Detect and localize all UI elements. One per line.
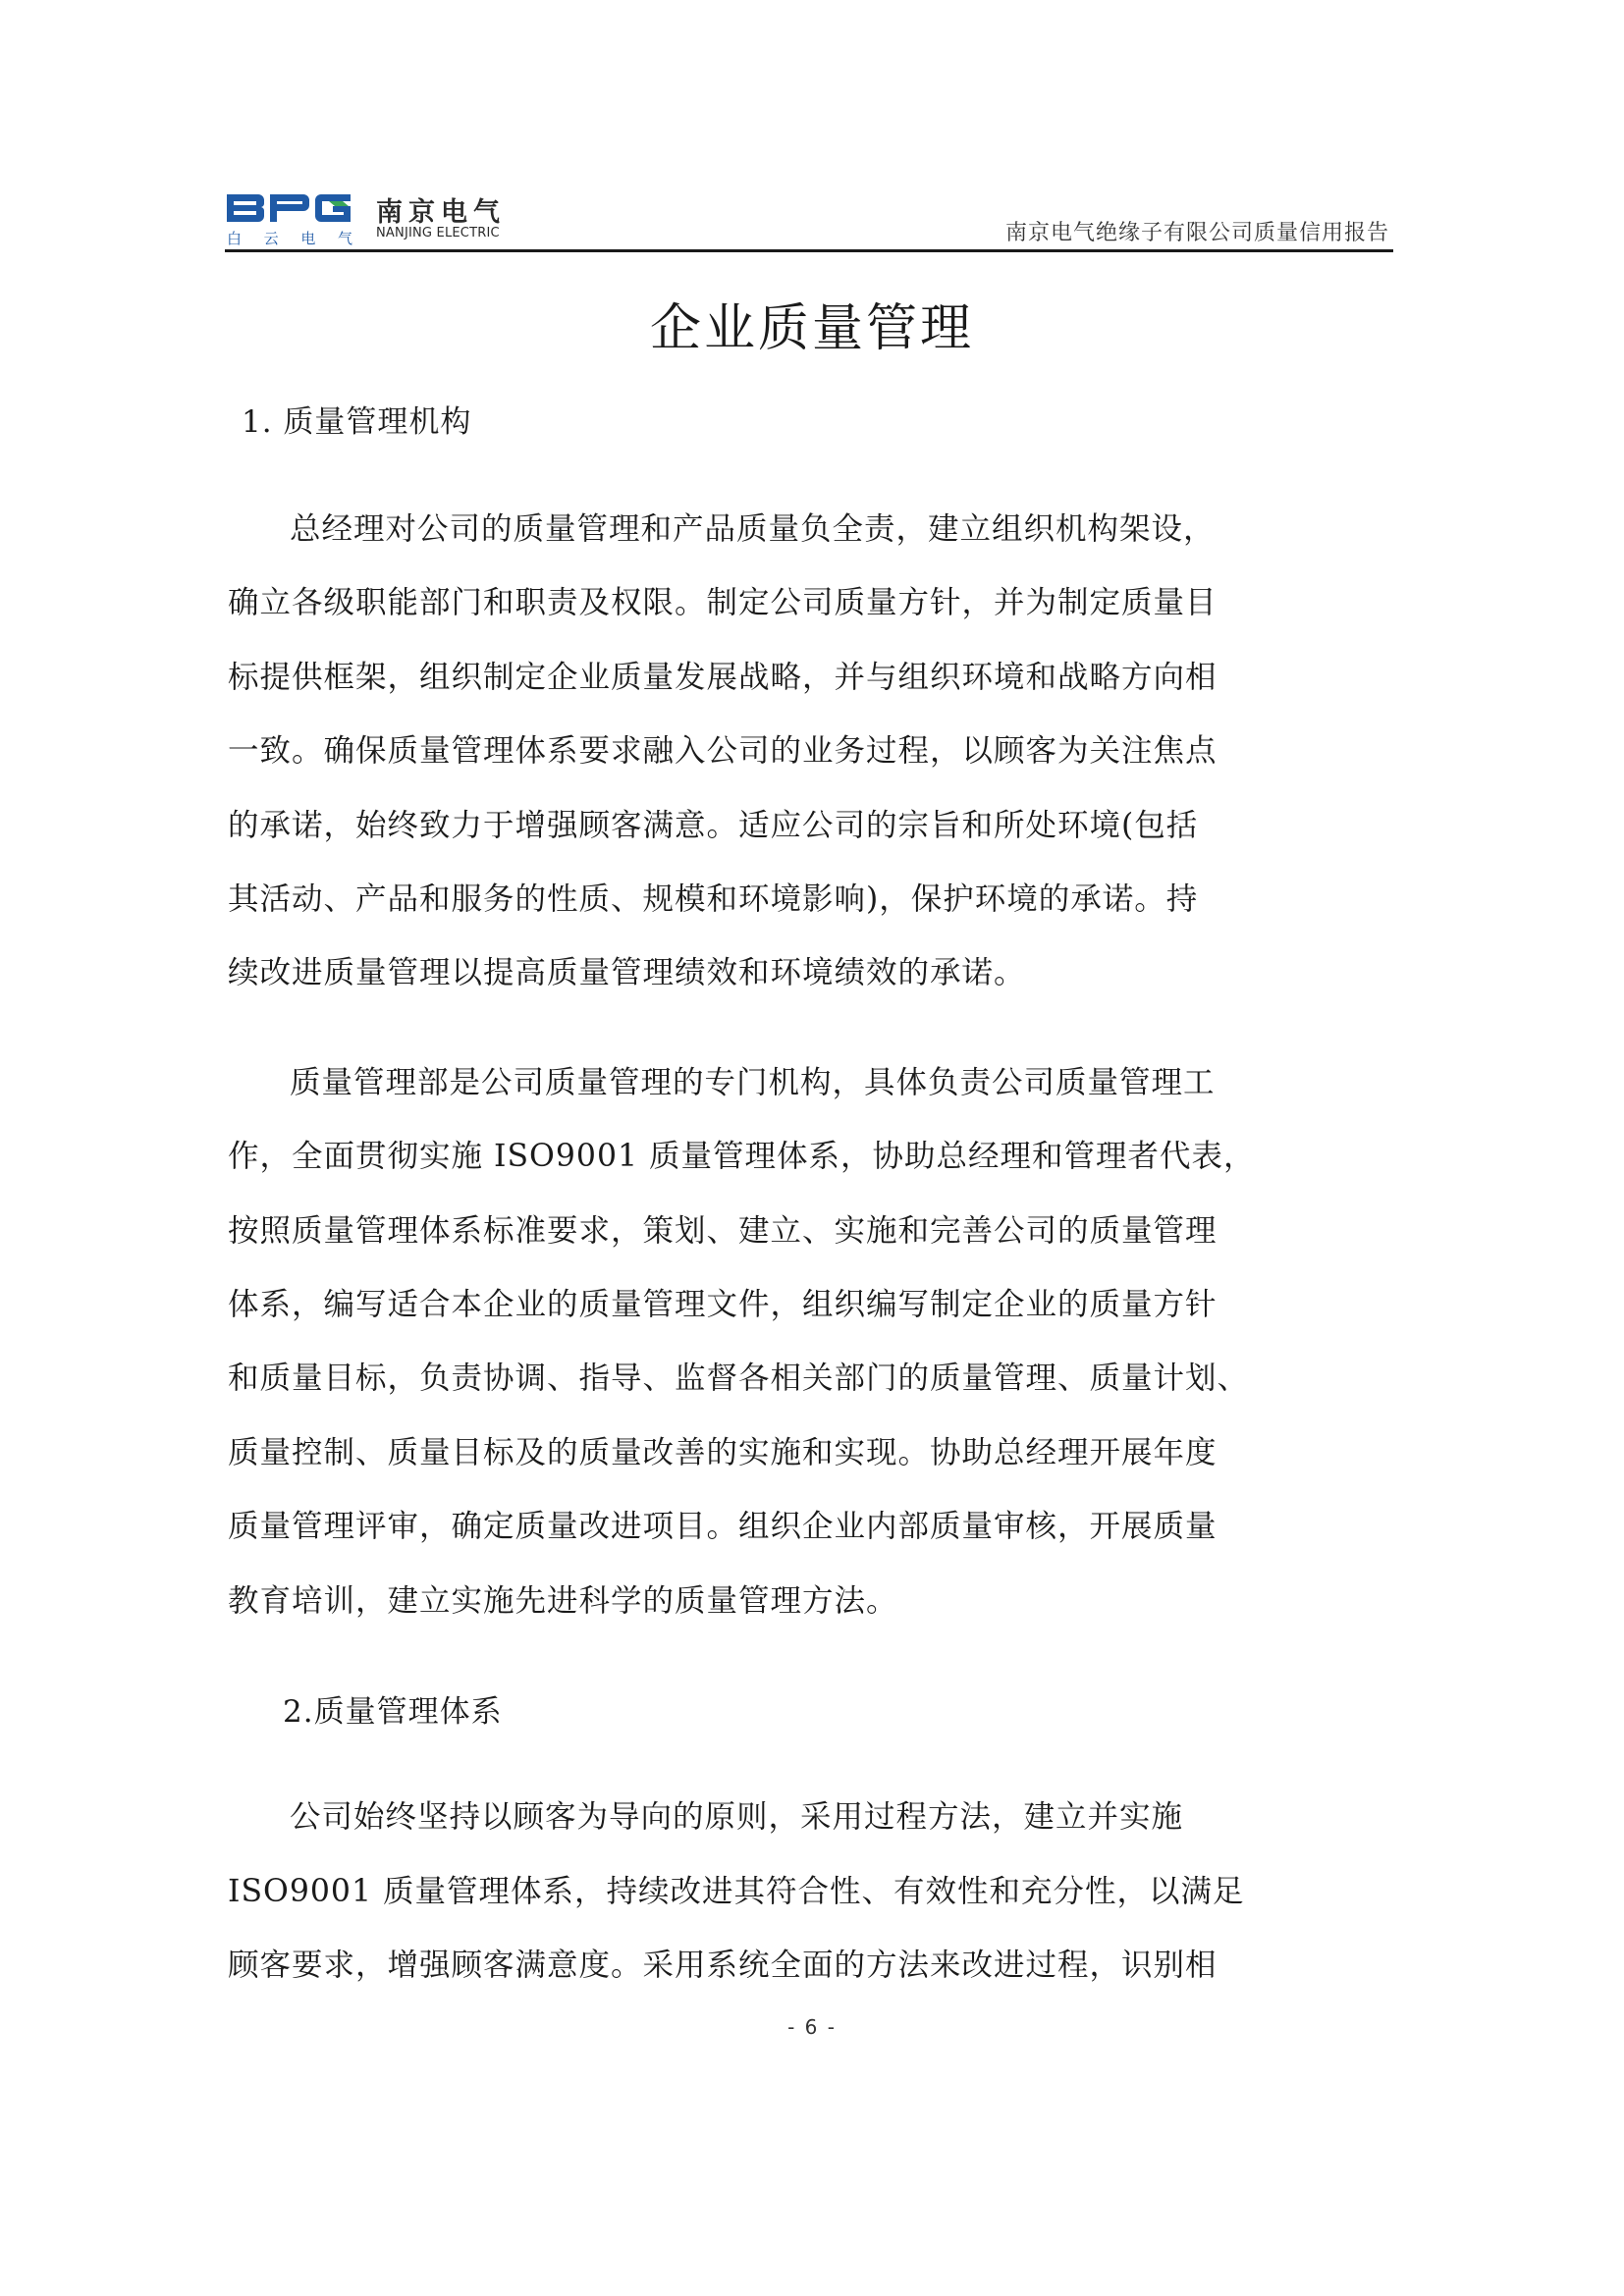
report-title: 南京电气绝缘子有限公司质量信用报告: [1005, 216, 1389, 246]
page-header: 白 云 电 气 南京电气 NANJING ELECTRIC 南京电气绝缘子有限公…: [225, 187, 1393, 253]
text-line: 一致。确保质量管理体系要求融入公司的业务过程，以顾客为关注焦点: [228, 715, 1396, 788]
document-page: 白 云 电 气 南京电气 NANJING ELECTRIC 南京电气绝缘子有限公…: [0, 0, 1624, 2296]
page-number: - 6 -: [0, 2015, 1624, 2039]
bpg-logo-mark-icon: [225, 192, 352, 224]
paragraph-spacer: [228, 1011, 1396, 1046]
section-heading: 2.质量管理体系: [228, 1687, 1396, 1736]
document-body: 1. 质量管理机构 总经理对公司的质量管理和产品质量负全责，建立组织机构架设， …: [228, 398, 1396, 2002]
text-line: 和质量目标，负责协调、指导、监督各相关部门的质量管理、质量计划、: [228, 1342, 1396, 1415]
bpg-logo: 白 云 电 气: [225, 192, 352, 241]
paragraph: 质量管理部是公司质量管理的专门机构，具体负责公司质量管理工 作，全面贯彻实施 I…: [228, 1046, 1396, 1638]
page-title: 企业质量管理: [0, 287, 1624, 360]
text-line: 质量控制、质量目标及的质量改善的实施和实现。协助总经理开展年度: [228, 1416, 1396, 1490]
header-divider: [225, 249, 1393, 252]
text-line: 确立各级职能部门和职责及权限。制定公司质量方针，并为制定质量目: [228, 566, 1396, 640]
paragraph: 总经理对公司的质量管理和产品质量负全责，建立组织机构架设， 确立各级职能部门和职…: [228, 493, 1396, 1011]
text-line: 作，全面贯彻实施 ISO9001 质量管理体系，协助总经理和管理者代表，: [228, 1120, 1396, 1194]
text-line: 教育培训，建立实施先进科学的质量管理方法。: [228, 1565, 1396, 1638]
text-line: 体系，编写适合本企业的质量管理文件，组织编写制定企业的质量方针: [228, 1268, 1396, 1342]
text-line: 其活动、产品和服务的性质、规模和环境影响)，保护环境的承诺。持: [228, 863, 1396, 936]
logo-subtitle: 白 云 电 气: [227, 228, 352, 248]
brand-name-en: NANJING ELECTRIC: [376, 226, 500, 240]
text-line: 续改进质量管理以提高质量管理绩效和环境绩效的承诺。: [228, 936, 1396, 1010]
brand-name-cn: 南京电气: [376, 190, 506, 229]
text-line: 公司始终坚持以顾客为导向的原则，采用过程方法，建立并实施: [228, 1781, 1396, 1854]
text-line: ISO9001 质量管理体系，持续改进其符合性、有效性和充分性，以满足: [228, 1855, 1396, 1929]
text-line: 顾客要求，增强顾客满意度。采用系统全面的方法来改进过程，识别相: [228, 1929, 1396, 2002]
text-line: 总经理对公司的质量管理和产品质量负全责，建立组织机构架设，: [228, 493, 1396, 566]
text-line: 质量管理评审，确定质量改进项目。组织企业内部质量审核，开展质量: [228, 1490, 1396, 1564]
text-line: 按照质量管理体系标准要求，策划、建立、实施和完善公司的质量管理: [228, 1195, 1396, 1268]
text-line: 质量管理部是公司质量管理的专门机构，具体负责公司质量管理工: [228, 1046, 1396, 1120]
paragraph: 公司始终坚持以顾客为导向的原则，采用过程方法，建立并实施 ISO9001 质量管…: [228, 1781, 1396, 2002]
section-heading: 1. 质量管理机构: [228, 398, 1396, 447]
text-line: 标提供框架，组织制定企业质量发展战略，并与组织环境和战略方向相: [228, 641, 1396, 715]
text-line: 的承诺，始终致力于增强顾客满意。适应公司的宗旨和所处环境(包括: [228, 789, 1396, 863]
